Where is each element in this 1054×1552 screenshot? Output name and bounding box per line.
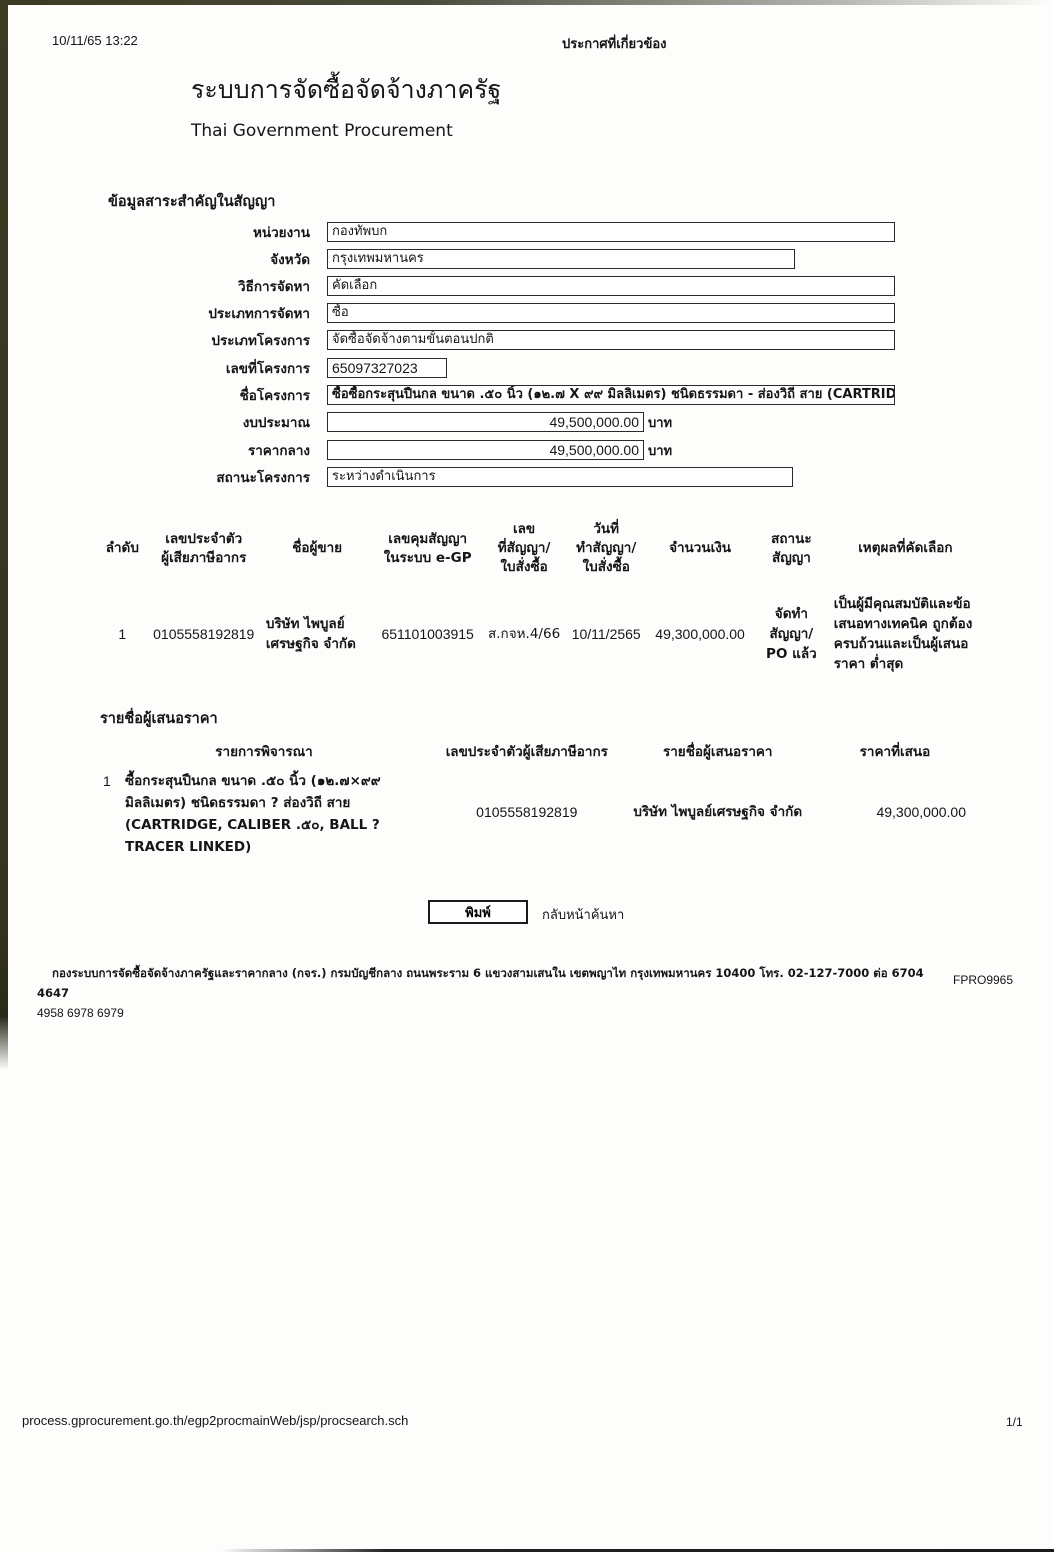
field-label: ราคากลาง [110, 439, 310, 461]
project-name-field: ซื้อซื้อกระสุนปืนกล ขนาด .๕๐ นิ้ว (๑๒.๗ … [327, 385, 895, 405]
procurement-method-field: คัดเลือก [327, 276, 895, 296]
cell-no: 1 [100, 579, 145, 689]
back-to-search-link[interactable]: กลับหน้าค้นหา [542, 904, 624, 925]
item-description: ซื้อกระสุนปืนกล ขนาด .๕๐ นิ้ว (๑๒.๗×๙๙ ม… [125, 770, 425, 858]
table-row: 1 0105558192819 บริษัท ไพบูลย์ เศรษฐกิจ … [100, 579, 980, 689]
footer-address: กองระบบการจัดซื้อจัดจ้างภาครัฐและราคากลา… [37, 963, 937, 1023]
table-row: 1 ซื้อกระสุนปืนกล ขนาด .๕๐ นิ้ว (๑๒.๗×๙๙… [100, 764, 980, 860]
cell-bidder-tax-id: 0105558192819 [428, 764, 626, 860]
contracts-table: ลำดับ เลขประจำตัว ผู้เสียภาษีอากร ชื่อผู… [100, 518, 980, 689]
cell-tax-id: 0105558192819 [145, 579, 263, 689]
col-header-reason: เหตุผลที่คัดเลือก [831, 518, 980, 579]
scan-edge-left [0, 0, 8, 1070]
bidders-title: รายชื่อผู้เสนอราคา [100, 707, 218, 730]
cell-reason: เป็นผู้มีคุณสมบัติและข้อ เสนอทางเทคนิค ถ… [831, 579, 980, 689]
budget-unit: บาท [648, 412, 672, 433]
site-title-th: ระบบการจัดซื้อจัดจ้างภาครัฐ [191, 70, 501, 110]
cell-offer-price: 49,300,000.00 [810, 764, 980, 860]
item-no: 1 [103, 770, 125, 858]
province-field: กรุงเทพมหานคร [327, 249, 795, 269]
contracts-table-header: ลำดับ เลขประจำตัว ผู้เสียภาษีอากร ชื่อผู… [100, 518, 980, 579]
site-title-en: Thai Government Procurement [191, 121, 453, 141]
procurement-type-field: ซื้อ [327, 303, 895, 323]
field-label: จังหวัด [110, 248, 310, 270]
field-label: ประเภทโครงการ [110, 329, 310, 351]
footer-address-text: กองระบบการจัดซื้อจัดจ้างภาครัฐและราคากลา… [37, 966, 924, 1000]
field-label: วิธีการจัดหา [110, 275, 310, 297]
cell-item: 1 ซื้อกระสุนปืนกล ขนาด .๕๐ นิ้ว (๑๒.๗×๙๙… [100, 764, 428, 860]
col-header-item: รายการพิจารณา [100, 740, 428, 764]
print-page-number: 1/1 [1006, 1415, 1023, 1429]
median-price-unit: บาท [648, 440, 672, 461]
col-header-egp-no: เลขคุมสัญญา ในระบบ e-GP [371, 518, 483, 579]
col-header-status: สถานะ สัญญา [752, 518, 831, 579]
bidders-table: รายการพิจารณา เลขประจำตัวผู้เสียภาษีอากร… [100, 740, 980, 860]
field-label: หน่วยงาน [110, 221, 310, 243]
col-header-amount: จำนวนเงิน [648, 518, 752, 579]
cell-egp-contract-no: 651101003915 [371, 579, 483, 689]
project-type-field: จัดซื้อจัดจ้างตามขั้นตอนปกติ [327, 330, 895, 350]
col-header-vendor: ชื่อผู้ขาย [263, 518, 372, 579]
cell-vendor: บริษัท ไพบูลย์ เศรษฐกิจ จำกัด [263, 579, 372, 689]
col-header-bidder-name: รายชื่อผู้เสนอราคา [626, 740, 810, 764]
col-header-offer-price: ราคาที่เสนอ [810, 740, 980, 764]
col-header-no: ลำดับ [100, 518, 145, 579]
bidders-table-header: รายการพิจารณา เลขประจำตัวผู้เสียภาษีอากร… [100, 740, 980, 764]
cell-contract-status: จัดทำสัญญา/ PO แล้ว [752, 579, 831, 689]
form-code: FPRO9965 [953, 973, 1013, 987]
budget-field: 49,500,000.00 [327, 412, 644, 432]
print-button[interactable]: พิมพ์ [428, 900, 528, 924]
field-label: สถานะโครงการ [110, 466, 310, 488]
cell-bidder-name: บริษัท ไพบูลย์เศรษฐกิจ จำกัด [626, 764, 810, 860]
field-label: งบประมาณ [110, 411, 310, 433]
col-header-contract-no: เลข ที่สัญญา/ ใบสั่งซื้อ [484, 518, 564, 579]
scan-edge-top [0, 0, 1054, 5]
project-status-field: ระหว่างดำเนินการ [327, 467, 793, 487]
cell-amount: 49,300,000.00 [648, 579, 752, 689]
col-header-contract-date: วันที่ ทำสัญญา/ ใบสั่งซื้อ [564, 518, 648, 579]
cell-contract-date: 10/11/2565 [564, 579, 648, 689]
contract-info-title: ข้อมูลสาระสำคัญในสัญญา [108, 190, 275, 213]
agency-field: กองทัพบก [327, 222, 895, 242]
field-label: เลขที่โครงการ [110, 357, 310, 379]
field-label: ชื่อโครงการ [110, 384, 310, 406]
field-label: ประเภทการจัดหา [110, 302, 310, 324]
footer-phone-extensions: 4958 6978 6979 [37, 1006, 124, 1020]
col-header-tax-id: เลขประจำตัว ผู้เสียภาษีอากร [145, 518, 263, 579]
col-header-bidder-tax-id: เลขประจำตัวผู้เสียภาษีอากร [428, 740, 626, 764]
cell-contract-no: ส.กจห.4/66 [484, 579, 564, 689]
project-number-field: 65097327023 [327, 358, 447, 378]
median-price-field: 49,500,000.00 [327, 440, 644, 460]
print-url: process.gprocurement.go.th/egp2procmainW… [22, 1413, 408, 1428]
print-page-title: ประกาศที่เกี่ยวข้อง [562, 33, 666, 54]
print-datetime: 10/11/65 13:22 [52, 33, 138, 48]
